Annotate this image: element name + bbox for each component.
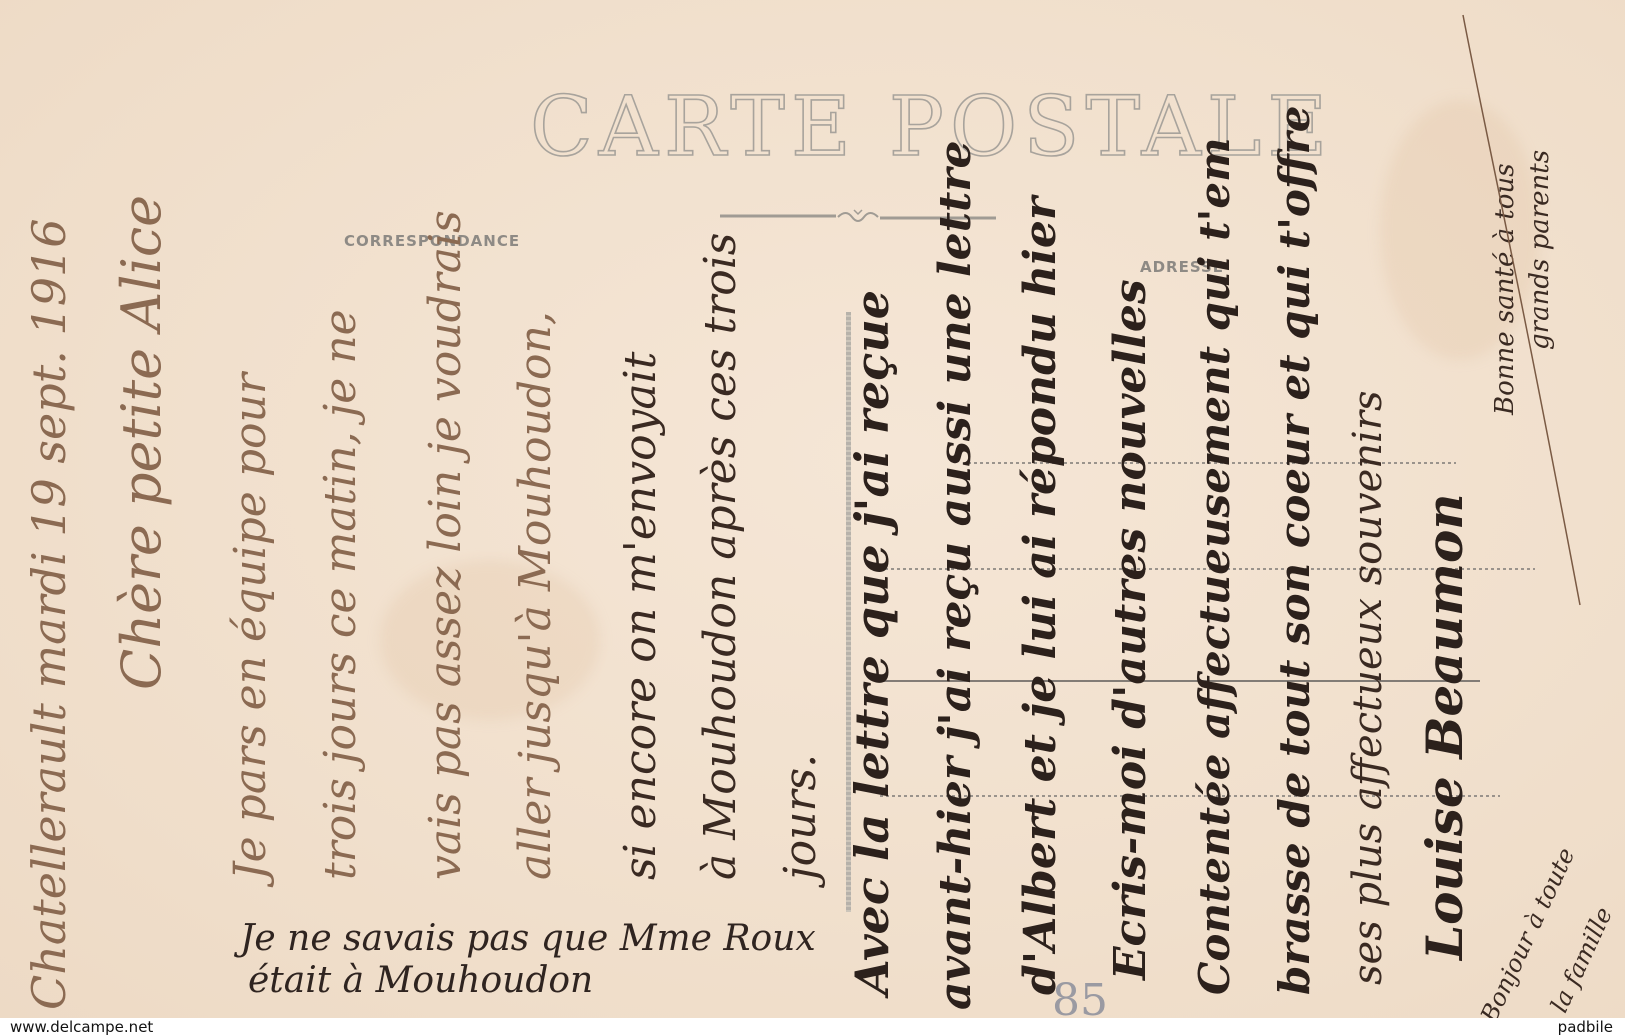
paper-stain [380,560,600,720]
handwritten-line: Je pars en équipe pour [225,373,276,880]
handwritten-date-line: Chatellerault mardi 19 sept. 1916 [22,218,76,1010]
handwritten-line: à Mouhoudon après ces trois [695,233,746,880]
pencil-mark: 85 [1052,975,1108,1018]
watermark-left: www.delcampe.net [10,1018,153,1036]
handwritten-line: jours. [775,754,826,880]
handwritten-salutation: Chère petite Alice [110,195,173,690]
handwritten-line: Contentée affectueusement qui t'em [1190,137,1239,995]
watermark-bar [0,1018,1625,1036]
handwritten-line: si encore on m'envoyait [615,352,666,880]
postcard-back: CARTE POSTALE CORRESPONDANCE ADRESSE Cha… [0,0,1625,1018]
handwritten-line: ses plus affectueux souvenirs [1345,391,1391,986]
handwritten-line: Avec la lettre que j'ai reçue [845,290,899,995]
handwritten-line: brasse de tout son coeur et qui t'offre [1270,105,1319,995]
watermark-right: padbile [1558,1018,1613,1036]
handwritten-line: d'Albert et je lui ai répondu hier [1015,197,1066,995]
handwritten-line: avant-hier j'ai reçu aussi une lettre [930,141,981,1010]
margin-note-bottom-line: était à Mouhoudon [248,960,593,1001]
ink-stroke-icon [1455,10,1585,610]
handwritten-line: vais pas assez loin je voudrais [420,210,471,880]
handwritten-line: Ecris-moi d'autres nouvelles [1105,279,1156,980]
handwritten-line: aller jusqu'à Mouhoudon, [510,311,561,880]
margin-note-bottom-line: Je ne savais pas que Mme Roux [240,918,816,959]
margin-note-right-bottom-line: la famille [1545,903,1618,1017]
handwritten-line: trois jours ce matin, je ne [315,309,366,880]
